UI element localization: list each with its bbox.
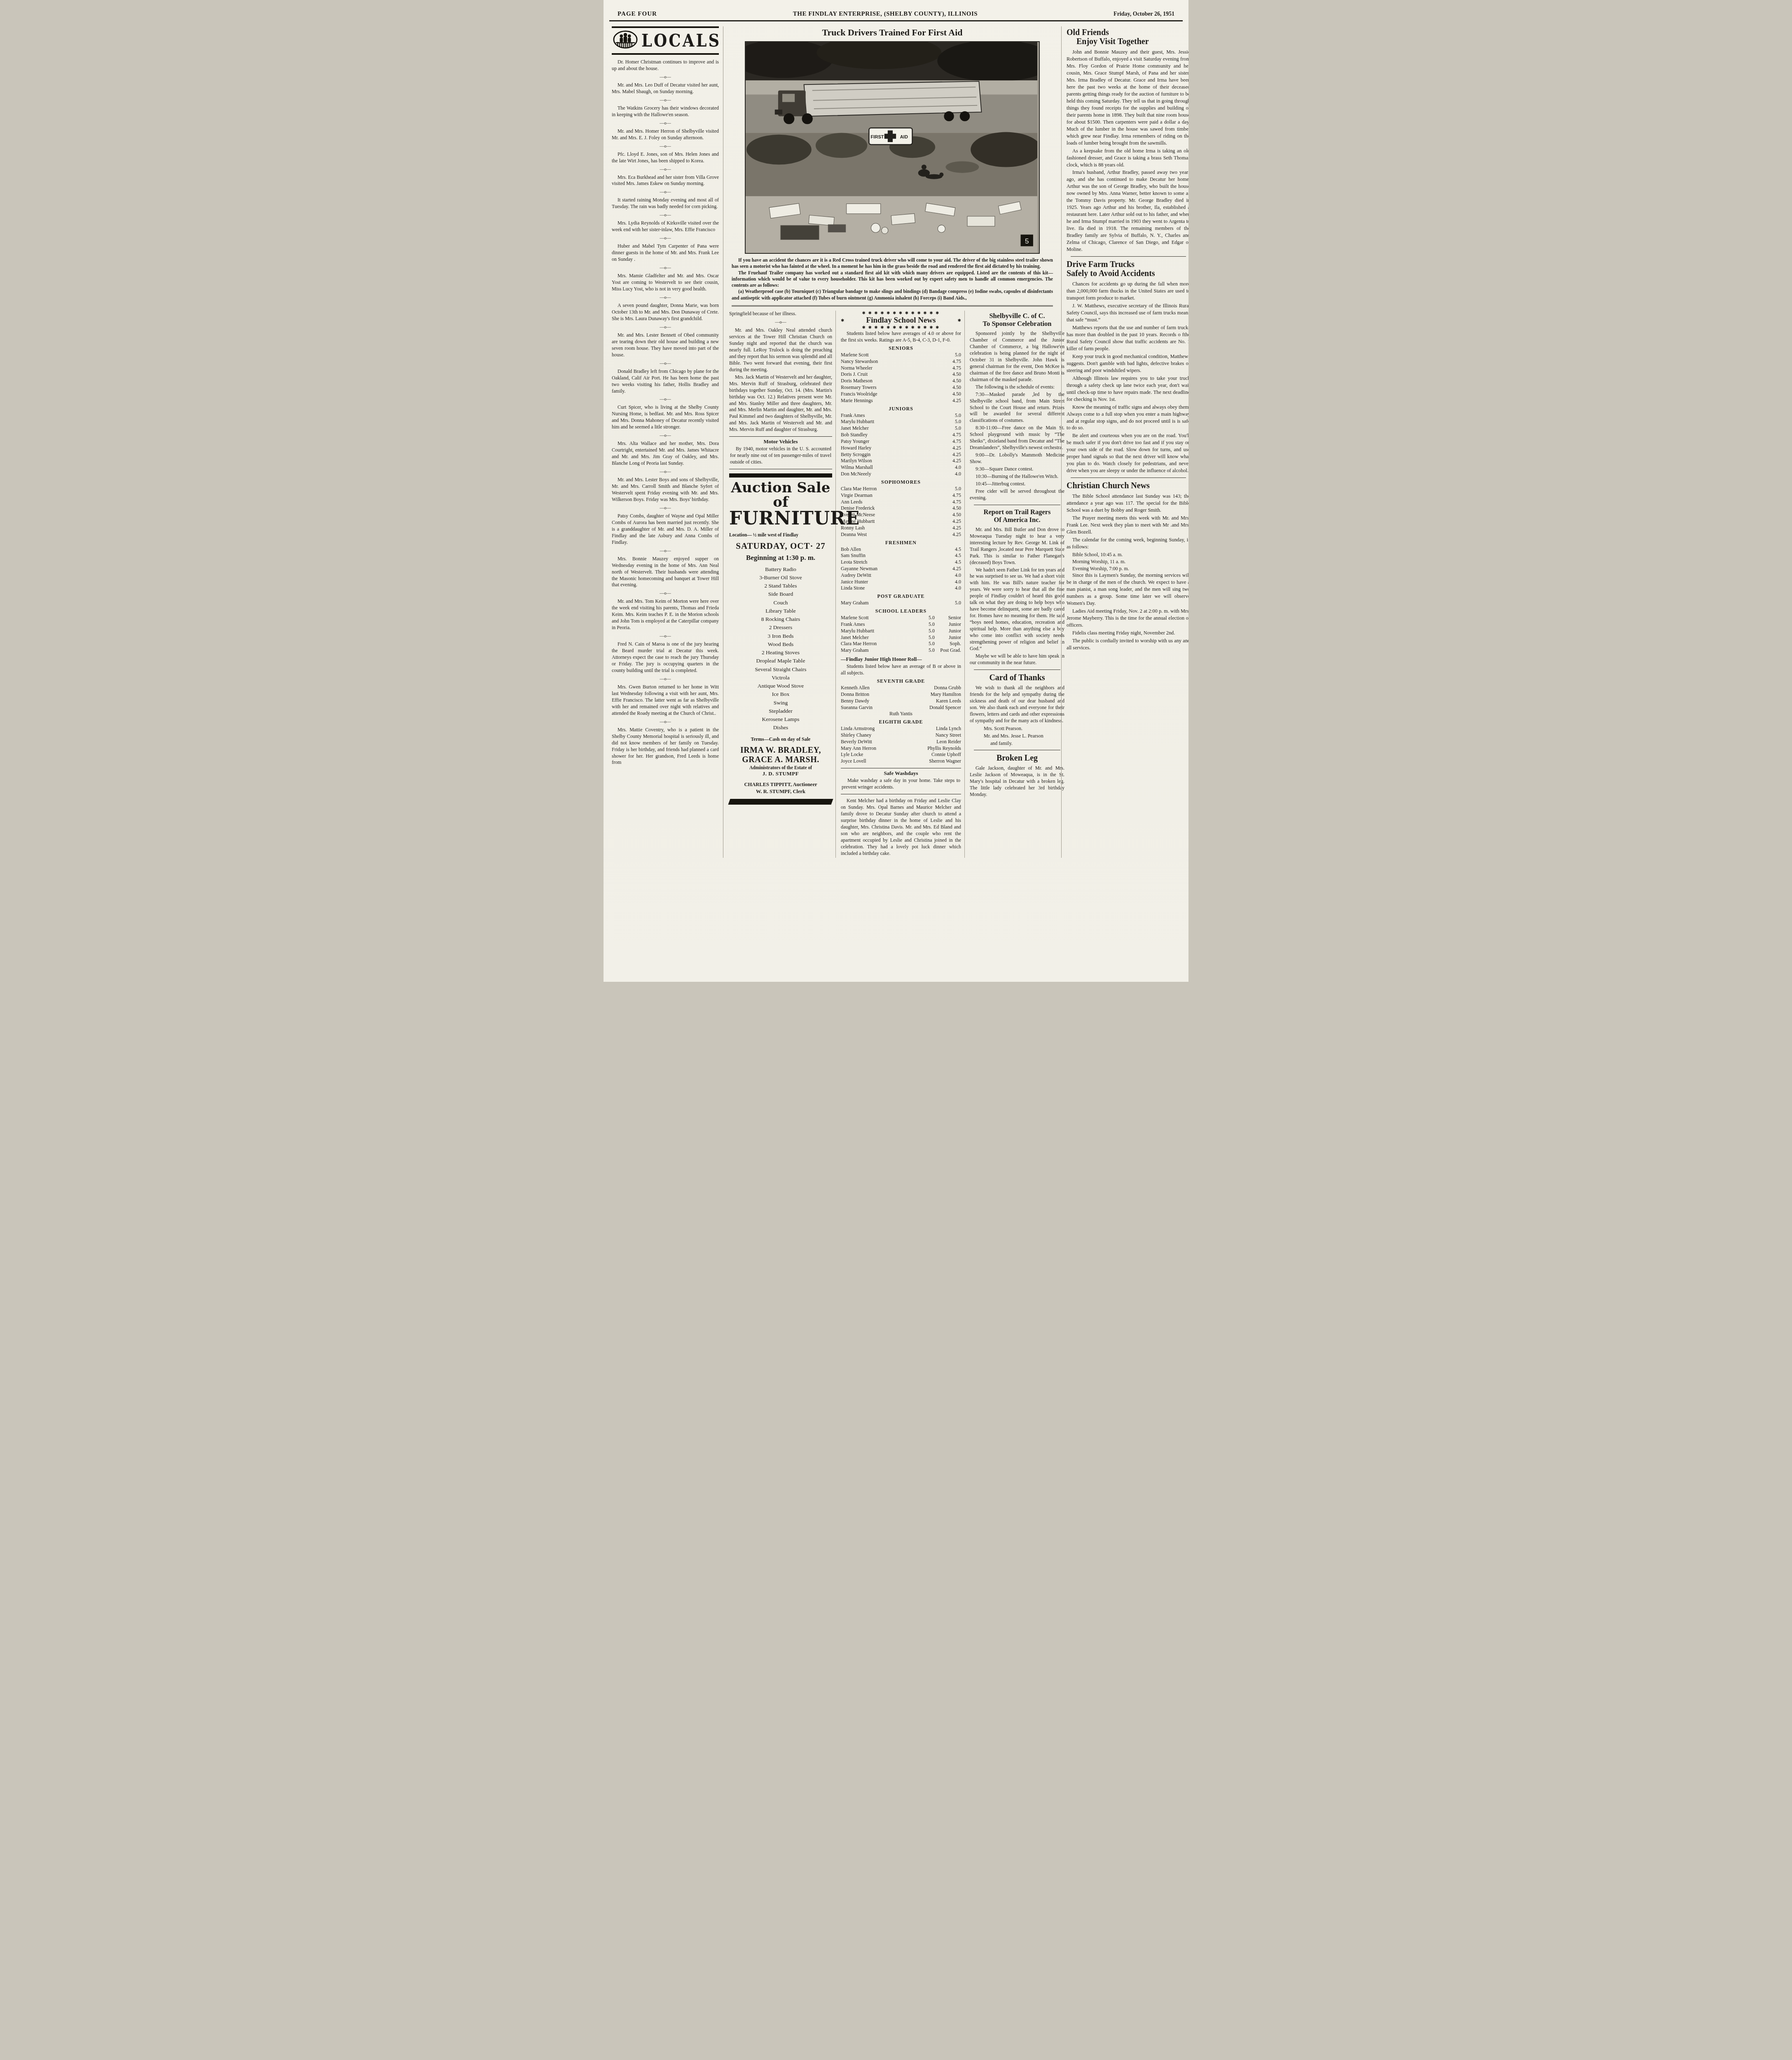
caption-paragraph: (a) Weatherproof case (b) Tourniquet (c)… <box>732 288 1053 301</box>
item-divider-ornament: —o— <box>612 719 719 724</box>
school-news-intro: Students listed below have averages of 4… <box>841 330 961 344</box>
date-line: Friday, October 26, 1951 <box>1114 11 1174 18</box>
news-paragraph: John and Bonnie Mauzey and their guest, … <box>1067 49 1188 147</box>
news-paragraph: The Bible School attendance last Sunday … <box>1067 493 1188 514</box>
ad-auctioneer-line: CHARLES TIPPITT, Auctioneer W. R. STUMPF… <box>729 781 832 795</box>
student-row: Denise Frederick4.50 <box>841 505 961 512</box>
student-name: Patsy Younger <box>841 438 869 445</box>
student-row: Marilyn Wilson4.25 <box>841 458 961 464</box>
student-row: Mayme Hubbartt4.25 <box>841 518 961 525</box>
headline-line1: Shelbyville C. of C. <box>970 312 1064 320</box>
leader-row: Mary Graham 5.0 Post Grad. <box>841 647 961 654</box>
student-row: Deanna West4.25 <box>841 531 961 538</box>
student-score: 4.25 <box>952 398 961 404</box>
student-name: Sueanna Garvin <box>841 705 873 711</box>
news-paragraph: The public is cordially invited to worsh… <box>1067 637 1188 651</box>
student-score: 5.0 <box>955 486 961 492</box>
locals-item: —o— Mr. and Mrs. Lester Boys and sons of… <box>612 469 719 503</box>
student-name: Doris J. Cruit <box>841 371 868 378</box>
ad-date: SATURDAY, OCT· 27 <box>729 541 832 551</box>
student-score: 5.0 <box>955 412 961 419</box>
trail-ragers-headline: Report on Trail Ragers Of America Inc. <box>970 508 1064 524</box>
student-row: Bob Allen4.5 <box>841 546 961 553</box>
auction-item: 2 Heating Stoves <box>729 648 832 657</box>
student-score: 4.0 <box>955 464 961 471</box>
student-name: Audrey DeWitt <box>841 572 871 579</box>
leader-name: Janet Melcher <box>841 634 921 641</box>
student-name: Frank Ames <box>841 412 865 419</box>
card-of-thanks-headline: Card of Thanks <box>970 673 1064 682</box>
item-divider-ornament: —o— <box>612 469 719 474</box>
student-name: Benny Dawdy <box>841 698 869 705</box>
student-score: 4.25 <box>952 566 961 572</box>
leader-class: Junior <box>935 628 961 634</box>
ad-terms: Terms—Cash on day of Sale <box>729 736 832 742</box>
student-score: 4.50 <box>952 505 961 512</box>
locals-item-text: Mr. and Mrs. Leo Duff of Decatur visited… <box>612 82 719 95</box>
auction-item: Dishes <box>729 723 832 732</box>
grade-row: Kenneth AllenDonna Grubb <box>841 685 961 691</box>
student-name: Linda Stone <box>841 585 865 592</box>
locals-item-text: Mrs. Gwen Burton returned to her home in… <box>612 684 719 717</box>
locals-item: —o— Mr. and Mrs. Homer Herron of Shelbyv… <box>612 121 719 141</box>
school-news-header: ✱ Findlay School News ✱ <box>841 316 961 325</box>
news-paragraph: Mrs. Jack Martin of Westervelt and her d… <box>729 374 832 433</box>
student-score: 4.25 <box>952 452 961 458</box>
headline-line1: Old Friends <box>1067 28 1188 37</box>
student-name: Donald Spencer <box>929 705 961 711</box>
news-paragraph: Mr. and Mrs. Bill Butler and Don drove t… <box>970 527 1064 566</box>
auction-item: Kerosene Lamps <box>729 715 832 723</box>
locals-item: —o— Pfc. Lloyd E. Jones, son of Mrs. Hel… <box>612 144 719 164</box>
leader-name: Marlene Scott <box>841 615 921 621</box>
auction-item: Library Table <box>729 607 832 615</box>
student-name: Sherron Wagner <box>929 758 961 765</box>
student-name: Mayme Hubbartt <box>841 518 875 525</box>
student-name-centered: Ruth Yantis <box>841 711 961 717</box>
photo-caption: If you have an accident the chances are … <box>732 257 1053 307</box>
student-name: Leota Stretch <box>841 559 867 566</box>
page-number-label: PAGE FOUR <box>618 11 657 18</box>
locals-item: —o— It started raining Monday evening an… <box>612 190 719 210</box>
news-paragraph: Since this is Laymen's Sunday, the morni… <box>1067 572 1188 607</box>
trail-ragers-article: Mr. and Mrs. Bill Butler and Don drove t… <box>970 527 1064 666</box>
locals-masthead-title: LOCALS <box>641 32 721 49</box>
student-row: Ronny Lash4.25 <box>841 525 961 531</box>
student-score: 4.25 <box>952 458 961 464</box>
grade-row: Beverly DeWittLeon Reider <box>841 739 961 745</box>
broken-leg-text: Gale Jackson, daughter of Mr. and Mrs. L… <box>970 765 1064 798</box>
juniors-list: Frank Ames5.0Marylu Hubbartt5.0Janet Mel… <box>841 412 961 478</box>
page-content: LOCALS —o— Dr. Homer Christman continues… <box>604 21 1188 858</box>
student-name: Mary Graham <box>841 600 869 606</box>
student-name: Linda Lynch <box>936 726 961 732</box>
student-score: 4.50 <box>952 378 961 384</box>
student-name: Kenneth Allen <box>841 685 870 691</box>
student-row: Doris J. Cruit4.50 <box>841 371 961 378</box>
leader-name: Mary Graham <box>841 647 921 654</box>
note-text: By 1940, motor vehicles in the U. S. acc… <box>730 446 831 466</box>
student-name: Francis Woolridge <box>841 391 877 398</box>
class-section-label: SCHOOL LEADERS <box>841 608 961 614</box>
leader-row: Frank Ames 5.0 Junior <box>841 621 961 628</box>
student-row: Linda Stone4.0 <box>841 585 961 592</box>
student-name: Clara Mae Herron <box>841 486 877 492</box>
locals-item-text: Mr. and Mrs. Homer Herron of Shelbyville… <box>612 128 719 141</box>
locals-item-text: Fred N. Cain of Maroa is one of the jury… <box>612 641 719 674</box>
locals-items-list: —o— Dr. Homer Christman continues to imp… <box>612 59 719 766</box>
student-name: Bob Allen <box>841 546 861 553</box>
article-divider-rule <box>974 505 1060 505</box>
news-paragraph: J. W. Matthews, executive secretary of t… <box>1067 302 1188 323</box>
locals-item-text: Mrs. Eca Burkhead and her sister from Vi… <box>612 174 719 187</box>
student-row: Wilma Marshall4.0 <box>841 464 961 471</box>
student-name: Ronny Lash <box>841 525 865 531</box>
student-score: 4.0 <box>955 585 961 592</box>
student-row: Janice Hunter4.0 <box>841 579 961 585</box>
student-name: Donna Grubb <box>934 685 961 691</box>
news-paragraph: Chances for accidents go up during the f… <box>1067 281 1188 302</box>
locals-item-text: Mrs. Mamie Gladfelter and Mr. and Mrs. O… <box>612 273 719 293</box>
svg-text:AID: AID <box>900 135 908 140</box>
student-row: Mary Graham5.0 <box>841 600 961 606</box>
ad-seller-name: IRMA W. BRADLEY, <box>729 746 832 755</box>
news-paragraph: Know the meaning of traffic signs and al… <box>1067 404 1188 432</box>
auction-item: 2 Stand Tables <box>729 582 832 590</box>
auction-item: Victrola <box>729 674 832 682</box>
locals-item-text: Pfc. Lloyd E. Jones, son of Mrs. Helen J… <box>612 151 719 164</box>
grade-row: Benny DawdyKaren Leeds <box>841 698 961 705</box>
student-row: Ann Leeds4.75 <box>841 499 961 506</box>
locals-column: LOCALS —o— Dr. Homer Christman continues… <box>612 26 723 858</box>
news-paragraph: Keep your truck in good mechanical condi… <box>1067 353 1188 374</box>
card-of-thanks-text: We wish to thank all the neighbors and f… <box>970 685 1064 724</box>
locals-item: —o— Fred N. Cain of Maroa is one of the … <box>612 634 719 674</box>
student-name: Deanna West <box>841 531 867 538</box>
ad-title-line2: FURNITURE <box>729 509 832 528</box>
shelbyville-headline: Shelbyville C. of C. To Sponsor Celebrat… <box>970 312 1064 328</box>
student-row: Virgie Dearman4.75 <box>841 492 961 499</box>
student-row: Audrey DeWitt4.0 <box>841 572 961 579</box>
ad-time: Beginning at 1:30 p. m. <box>729 554 832 562</box>
auction-item: Ice Box <box>729 690 832 698</box>
locals-item: —o— Mrs. Lydia Reynolds of Kirksville vi… <box>612 213 719 233</box>
locals-item-text: Dr. Homer Christman continues to improve… <box>612 59 719 72</box>
locals-item-text: Mrs. Lydia Reynolds of Kirksville visite… <box>612 220 719 233</box>
class-section-label: JUNIORS <box>841 406 961 412</box>
news-paragraph: The calendar for the coming week, beginn… <box>1067 536 1188 550</box>
leader-score: 5.0 <box>921 647 935 654</box>
student-row: Gayanne Newman4.25 <box>841 566 961 572</box>
locals-item: —o— Curt Spicer, who is living at the Sh… <box>612 397 719 431</box>
headline-line1: Drive Farm Trucks <box>1067 260 1188 269</box>
student-score: 4.0 <box>955 471 961 478</box>
news-paragraph: Mr. and Mrs. Oakley Neal attended church… <box>729 327 832 373</box>
news-paragraph: The following is the schedule of events: <box>970 384 1064 391</box>
student-score: 5.0 <box>955 600 961 606</box>
seniors-list: Marlene Scott5.0Nancy Stewardson4.75Norm… <box>841 352 961 404</box>
locals-item: —o— Dr. Homer Christman continues to imp… <box>612 59 719 72</box>
ad-estate-name: J. D. STUMPF <box>729 770 832 777</box>
article-divider-rule <box>974 750 1060 750</box>
news-paragraph: Be alert and courteous when you are on t… <box>1067 432 1188 474</box>
auction-item: Stepladder <box>729 707 832 715</box>
first-aid-photo: FIRST AID <box>745 41 1040 254</box>
news-paragraph: Matthews reports that the use and number… <box>1067 324 1188 352</box>
leader-row: Janet Melcher 5.0 Junior <box>841 634 961 641</box>
leader-row: Clara Mae Herron 5.0 Soph. <box>841 641 961 647</box>
note-title: Safe Washdays <box>842 770 960 777</box>
caption-paragraph: If you have an accident the chances are … <box>732 257 1053 270</box>
student-row: Frank Ames5.0 <box>841 412 961 419</box>
old-friends-article: John and Bonnie Mauzey and their guest, … <box>1067 49 1188 253</box>
news-paragraph: Free cider will be served throughout the… <box>970 488 1064 501</box>
school-news-title: Findlay School News <box>866 316 936 325</box>
student-score: 4.75 <box>952 438 961 445</box>
student-row: Norma Wheeler4.75 <box>841 365 961 372</box>
grade-row: Lyle LockeConnie Uphoff <box>841 751 961 758</box>
student-name: Phyllis Reynolds <box>927 745 961 752</box>
middle-section: Truck Drivers Trained For First Aid <box>729 26 1055 858</box>
item-divider-ornament: —o— <box>612 121 719 126</box>
note-text: Make washday a safe day in your home. Ta… <box>842 777 960 791</box>
leader-score: 5.0 <box>921 641 935 647</box>
locals-item-text: Mr. and Mrs. Lester Bennett of Obed comm… <box>612 332 719 358</box>
right-column: Old Friends Enjoy Visit Together John an… <box>1061 26 1188 858</box>
photo-headline: Truck Drivers Trained For First Aid <box>729 27 1055 38</box>
locals-item: —o— Mr. and Mrs. Leo Duff of Decatur vis… <box>612 75 719 95</box>
grade-section-label: SEVENTH GRADE <box>841 678 961 684</box>
column-c-school-news: ✱ ✱ ✱ ✱ ✱ ✱ ✱ ✱ ✱ ✱ ✱ ✱ ✱ ✱ Findlay Scho… <box>841 311 965 858</box>
student-row: Marie Hennings4.25 <box>841 398 961 404</box>
freshmen-list: Bob Allen4.5Sam Snuffin4.5Leota Stretch4… <box>841 546 961 592</box>
news-paragraph: 10:45—Jitterbug contest. <box>970 481 1064 487</box>
auction-item: Swing <box>729 699 832 707</box>
student-row: Betty Scroggin4.25 <box>841 452 961 458</box>
item-divider-ornament: —o— <box>612 677 719 681</box>
shelbyville-article: Sponsored jointly by the Shelbyville Cha… <box>970 330 1064 501</box>
student-score: 4.25 <box>952 518 961 525</box>
item-divider-ornament: —o— <box>612 433 719 438</box>
locals-item: —o— Huber and Mabel Tym Carpenter of Pan… <box>612 236 719 263</box>
news-paragraph: 8:30-11:00—Free dance on the Main St. Sc… <box>970 425 1064 451</box>
auction-item: 3-Burner Oil Stove <box>729 574 832 582</box>
student-score: 4.75 <box>952 432 961 438</box>
student-name: Joyce Lovell <box>841 758 866 765</box>
news-paragraph: Maybe we will be able to have him speak … <box>970 653 1064 666</box>
grade-row: Joyce LovellSherron Wagner <box>841 758 961 765</box>
grade-row: Mary Ann HerronPhyllis Reynolds <box>841 745 961 752</box>
leader-row: Marlene Scott 5.0 Senior <box>841 615 961 621</box>
student-score: 4.50 <box>952 512 961 518</box>
locals-item: —o— A seven pound daughter, Donna Marie,… <box>612 295 719 322</box>
seventh-grade-list: Kenneth AllenDonna GrubbDonna BrittonMar… <box>841 685 961 711</box>
leader-class: Senior <box>935 615 961 621</box>
column-d: Shelbyville C. of C. To Sponsor Celebrat… <box>970 311 1064 858</box>
student-row: Everett McNeese4.50 <box>841 512 961 518</box>
auction-item: 2 Dressers <box>729 623 832 632</box>
safe-washdays-note: Safe Washdays Make washday a safe day in… <box>841 768 961 794</box>
locals-item: —o— Mrs. Mattie Coventry, who is a patie… <box>612 719 719 766</box>
news-paragraph: We hadn't seen Father Link for ten years… <box>970 567 1064 652</box>
headline-line2: To Sponsor Celebration <box>970 320 1064 328</box>
headline-line2: Safely to Avoid Accidents <box>1067 269 1188 278</box>
locals-item-text: Mr. and Mrs. Lester Boys and sons of She… <box>612 477 719 503</box>
auction-item: 3 Iron Beds <box>729 632 832 640</box>
item-divider-ornament: —o— <box>612 236 719 241</box>
item-divider-ornament: —o— <box>612 634 719 639</box>
locals-item-text: Mr. and Mrs. Tom Keim of Morton were her… <box>612 598 719 631</box>
class-section-label: POST GRADUATE <box>841 593 961 599</box>
middle-subcolumns: Springfield because of her illness. —o— … <box>729 311 1055 858</box>
locals-item-text: The Watkins Grocery has their windows de… <box>612 105 719 118</box>
locals-item-text: Mrs. Bonnie Mauzey enjoyed supper on Wed… <box>612 556 719 589</box>
student-score: 4.75 <box>952 358 961 365</box>
student-name: Marie Hennings <box>841 398 873 404</box>
student-row: Doris Matheson4.50 <box>841 378 961 384</box>
locals-people-icon <box>613 30 638 51</box>
item-divider-ornament: —o— <box>612 167 719 172</box>
locals-item: —o— The Watkins Grocery has their window… <box>612 98 719 118</box>
ad-bottom-bar <box>728 799 833 805</box>
truck-first-aid-photo-illustration: FIRST AID <box>746 42 1037 253</box>
student-name: Nancy Street <box>936 732 961 739</box>
locals-item: —o— Donald Bradley left from Chicago by … <box>612 361 719 395</box>
locals-item: —o— Mrs. Bonnie Mauzey enjoyed supper on… <box>612 548 719 589</box>
student-name: Gayanne Newman <box>841 566 877 572</box>
student-score: 5.0 <box>955 419 961 425</box>
stars-border-top: ✱ ✱ ✱ ✱ ✱ ✱ ✱ ✱ ✱ ✱ ✱ ✱ ✱ <box>841 311 961 316</box>
item-divider-ornament: —o— <box>612 75 719 80</box>
church-calendar-list: Bible School, 10:45 a. m.Morning Worship… <box>1067 551 1188 572</box>
student-name: Donna Britton <box>841 691 869 698</box>
student-name: Leon Reider <box>936 739 961 745</box>
ad-title-line1: Auction Sale of <box>729 481 832 509</box>
student-name: Shirley Chaney <box>841 732 871 739</box>
calendar-line: Morning Worship, 11 a. m. <box>1067 558 1188 565</box>
student-score: 4.0 <box>955 572 961 579</box>
locals-item: —o— Mr. and Mrs. Tom Keim of Morton were… <box>612 591 719 631</box>
news-paragraph: The Prayer meeting meets this week with … <box>1067 515 1188 536</box>
locals-item-text: Mrs. Alta Wallace and her mother, Mrs. D… <box>612 440 719 467</box>
clerk-name: W. R. STUMPF, Clerk <box>729 788 832 795</box>
news-paragraph: Fidelis class meeting Friday night, Nove… <box>1067 630 1188 637</box>
grade-row: Sueanna GarvinDonald Spencer <box>841 705 961 711</box>
student-score: 4.75 <box>952 365 961 372</box>
student-row: Marylu Hubbartt5.0 <box>841 419 961 425</box>
student-score: 4.0 <box>955 579 961 585</box>
student-score: 4.75 <box>952 492 961 499</box>
student-score: 5.0 <box>955 425 961 432</box>
item-divider-ornament: —o— <box>612 144 719 149</box>
item-divider-ornament: —o— <box>612 548 719 553</box>
honor-roll-title: —Findlay Junior High Honor Roll— <box>841 656 961 662</box>
student-name: Virgie Dearman <box>841 492 873 499</box>
item-divider-ornament: —o— <box>612 361 719 366</box>
locals-item: —o— Patsy Combs, daughter of Wayne and O… <box>612 506 719 546</box>
grade-section-label: EIGHTH GRADE <box>841 719 961 725</box>
auction-item: Wood Beds <box>729 640 832 648</box>
locals-item-text: A seven pound daughter, Donna Marie, was… <box>612 302 719 322</box>
article-divider-rule <box>1071 478 1186 478</box>
grade-row: Donna BrittonMary Hamilton <box>841 691 961 698</box>
leader-name: Clara Mae Herron <box>841 641 921 647</box>
news-paragraph: Although Illinois law requires you to ta… <box>1067 375 1188 403</box>
student-row: Leota Stretch4.5 <box>841 559 961 566</box>
first-aid-sign-icon: FIRST AID <box>869 128 912 144</box>
eighth-grade-list: Linda ArmstrongLinda LynchShirley Chaney… <box>841 726 961 765</box>
farm-trucks-article: Chances for accidents go up during the f… <box>1067 281 1188 474</box>
student-name: Mary Hamilton <box>931 691 961 698</box>
leader-score: 5.0 <box>921 628 935 634</box>
news-paragraph: Irma's husband, Arthur Bradley, passed a… <box>1067 169 1188 253</box>
class-section-label: SOPHOMORES <box>841 479 961 485</box>
locals-item-text: Donald Bradley left from Chicago by plan… <box>612 368 719 395</box>
class-section-label: FRESHMEN <box>841 540 961 546</box>
news-paragraph: 9:00—Dr. Lobolly's Mammoth Medicine Show… <box>970 452 1064 465</box>
news-paragraph: Ladies Aid meeting Friday, Nov. 2 at 2:0… <box>1067 608 1188 629</box>
motor-vehicles-note: Motor Vehicles By 1940, motor vehicles i… <box>729 436 832 469</box>
column-b-paragraphs: Mr. and Mrs. Oakley Neal attended church… <box>729 327 832 433</box>
auctioneer-name: CHARLES TIPPITT, Auctioneer <box>729 781 832 788</box>
student-name: Mary Ann Herron <box>841 745 876 752</box>
student-score: 5.0 <box>955 352 961 358</box>
student-name: Beverly DeWitt <box>841 739 872 745</box>
locals-item: —o— Mrs. Eca Burkhead and her sister fro… <box>612 167 719 187</box>
headline-line2: Enjoy Visit Together <box>1067 37 1188 46</box>
calendar-line: Evening Worship, 7:00 p. m. <box>1067 565 1188 572</box>
leader-score: 5.0 <box>921 615 935 621</box>
student-name: Marilyn Wilson <box>841 458 872 464</box>
student-row: Don McNeeely4.0 <box>841 471 961 478</box>
note-title: Motor Vehicles <box>730 438 831 445</box>
caption-paragraph: The Fruehauf Trailer company has worked … <box>732 270 1053 289</box>
locals-item-text: Curt Spicer, who is living at the Shelby… <box>612 404 719 431</box>
item-divider-ornament: —o— <box>612 397 719 402</box>
leader-class: Soph. <box>935 641 961 647</box>
newspaper-page: PAGE FOUR THE FINDLAY ENTERPRISE, (SHELB… <box>604 0 1188 982</box>
ad-location: Location— ½ mile west of Findlay <box>729 533 832 538</box>
class-section-label: SENIORS <box>841 345 961 351</box>
student-row: Nancy Stewardson4.75 <box>841 358 961 365</box>
news-paragraph: 7:30—Masked parade ,led by the Shelbyvil… <box>970 391 1064 424</box>
signature-line: Mrs. Scott Pearson. <box>970 725 1064 732</box>
student-row: Janet Melcher5.0 <box>841 425 961 432</box>
student-name: Denise Frederick <box>841 505 875 512</box>
auction-item: Dropleaf Maple Table <box>729 657 832 665</box>
student-score: 4.50 <box>952 371 961 378</box>
student-name: Linda Armstrong <box>841 726 875 732</box>
leader-name: Marylu Hubbartt <box>841 628 921 634</box>
locals-item-text: Mrs. Mattie Coventry, who is a patient i… <box>612 727 719 766</box>
article-divider-rule <box>974 669 1060 670</box>
honor-roll-intro: Students listed below have an average of… <box>841 663 961 677</box>
leader-row: Marylu Hubbartt 5.0 Junior <box>841 628 961 634</box>
student-score: 4.25 <box>952 525 961 531</box>
auction-item: Antique Wood Stove <box>729 682 832 690</box>
headline-line1: Report on Trail Ragers <box>970 508 1064 516</box>
student-name: Janice Hunter <box>841 579 868 585</box>
locals-item: —o— Mrs. Alta Wallace and her mother, Mr… <box>612 433 719 467</box>
ad-admin-line: Administrators of the Estate of <box>729 765 832 770</box>
student-score: 4.25 <box>952 445 961 452</box>
student-name: Nancy Stewardson <box>841 358 878 365</box>
church-news-headline: Christian Church News <box>1067 481 1188 490</box>
locals-item-text: Patsy Combs, daughter of Wayne and Opal … <box>612 513 719 546</box>
signature-line: and family. <box>970 740 1064 747</box>
leader-name: Frank Ames <box>841 621 921 628</box>
farm-trucks-headline: Drive Farm Trucks Safely to Avoid Accide… <box>1067 260 1188 278</box>
